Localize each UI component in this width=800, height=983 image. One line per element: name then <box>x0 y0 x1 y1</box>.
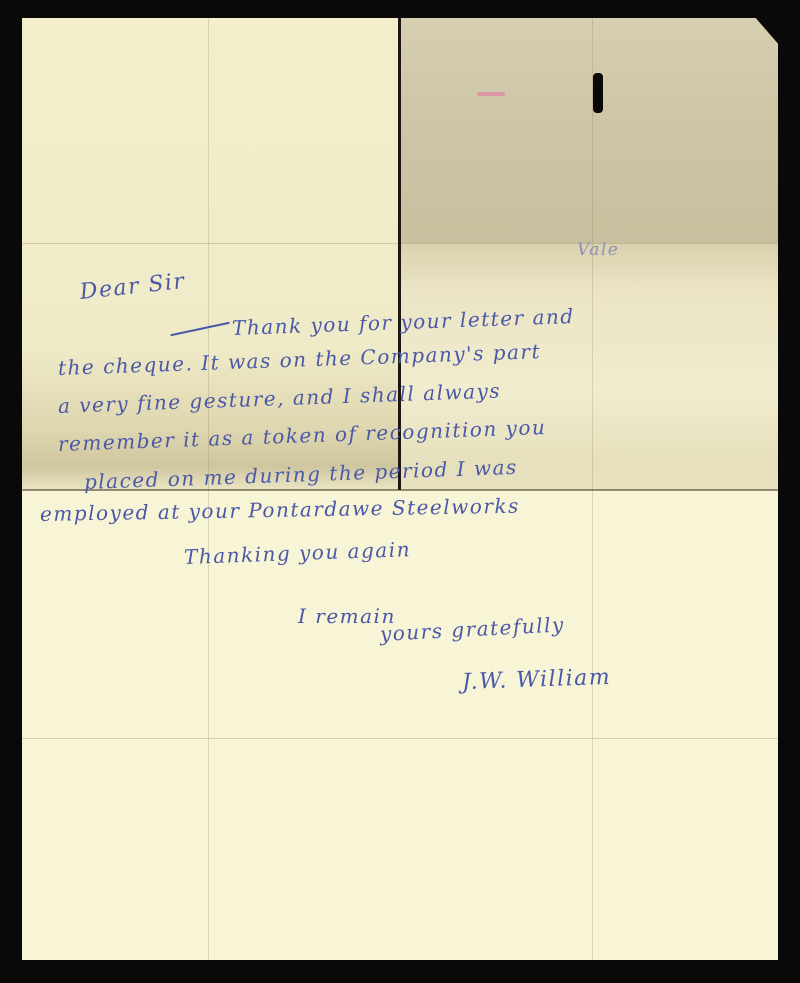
fold-line <box>22 738 778 739</box>
pink-mark <box>477 92 505 96</box>
paper-panel-mid-right <box>400 243 778 490</box>
paper-panel-top-right-stained <box>400 18 778 243</box>
paper-panel-top-left <box>22 18 398 490</box>
signature: J.W. William <box>462 665 612 695</box>
paper-notch <box>593 73 603 113</box>
torn-corner <box>754 16 780 46</box>
letter-sheet: Vale Dear Sir Thank you for your letter … <box>22 18 778 960</box>
header-note: Vale <box>577 240 619 260</box>
